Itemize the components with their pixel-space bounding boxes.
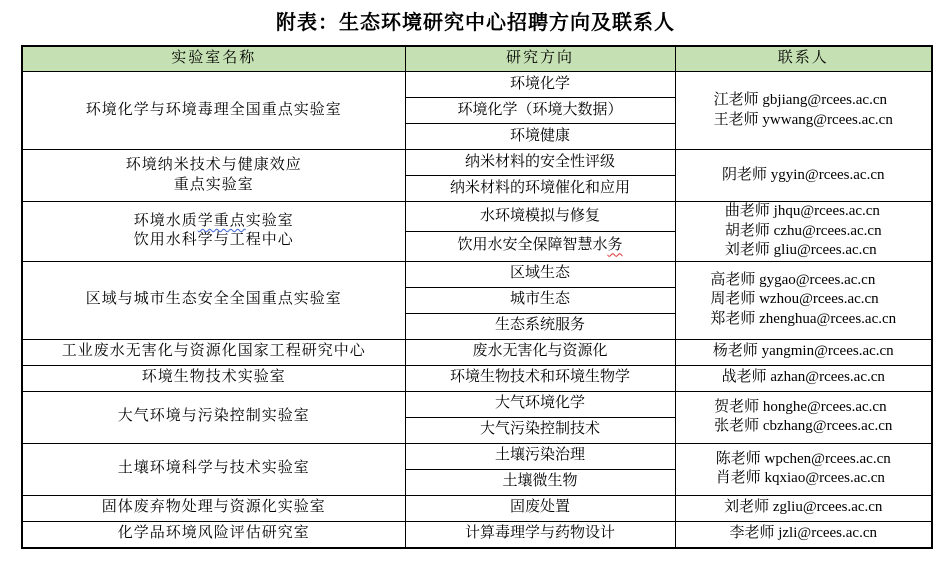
- lab-name-line: 区域与城市生态安全全国重点实验室: [25, 290, 403, 310]
- contact-cell: 李老师 jzli@rcees.ac.cn: [675, 521, 932, 548]
- contact-line: 陈老师 wpchen@rcees.ac.cn: [716, 450, 891, 470]
- contact-block: 阴老师 ygyin@rcees.ac.cn: [722, 166, 885, 186]
- contact-block: 杨老师 yangmin@rcees.ac.cn: [713, 342, 894, 362]
- lab-name-line: 工业废水无害化与资源化国家工程研究中心: [25, 342, 403, 362]
- contact-cell: 战老师 azhan@rcees.ac.cn: [675, 365, 932, 391]
- contact-line: 胡老师 czhu@rcees.ac.cn: [725, 222, 882, 242]
- lab-cell: 化学品环境风险评估研究室: [22, 521, 405, 548]
- contact-line: 战老师 azhan@rcees.ac.cn: [722, 368, 885, 388]
- lab-cell: 环境化学与环境毒理全国重点实验室: [22, 72, 405, 150]
- lab-cell: 环境生物技术实验室: [22, 365, 405, 391]
- column-header-direction: 研究方向: [405, 46, 675, 72]
- contact-cell: 陈老师 wpchen@rcees.ac.cn肖老师 kqxiao@rcees.a…: [675, 443, 932, 495]
- contact-cell: 杨老师 yangmin@rcees.ac.cn: [675, 339, 932, 365]
- lab-name-line: 土壤环境科学与技术实验室: [25, 459, 403, 479]
- spellcheck-blue-underline: 学重点: [198, 213, 246, 229]
- table-body: 环境化学与环境毒理全国重点实验室环境化学江老师 gbjiang@rcees.ac…: [22, 72, 932, 548]
- contact-line: 曲老师 jhqu@rcees.ac.cn: [725, 202, 882, 222]
- lab-name-line: 固体废弃物处理与资源化实验室: [25, 498, 403, 518]
- contact-block: 战老师 azhan@rcees.ac.cn: [722, 368, 885, 388]
- table-row: 固体废弃物处理与资源化实验室固废处置刘老师 zgliu@rcees.ac.cn: [22, 495, 932, 521]
- lab-cell: 工业废水无害化与资源化国家工程研究中心: [22, 339, 405, 365]
- table-row: 环境化学与环境毒理全国重点实验室环境化学江老师 gbjiang@rcees.ac…: [22, 72, 932, 98]
- contact-line: 李老师 jzli@rcees.ac.cn: [729, 524, 877, 544]
- direction-cell: 环境化学: [405, 72, 675, 98]
- contact-line: 周老师 wzhou@rcees.ac.cn: [710, 290, 896, 310]
- contact-cell: 江老师 gbjiang@rcees.ac.cn王老师 ywwang@rcees.…: [675, 72, 932, 150]
- direction-cell: 纳米材料的安全性评级: [405, 150, 675, 176]
- table-row: 大气环境与污染控制实验室大气环境化学贺老师 honghe@rcees.ac.cn…: [22, 391, 932, 417]
- direction-cell: 饮用水安全保障智慧水务: [405, 231, 675, 261]
- direction-cell: 水环境模拟与修复: [405, 202, 675, 232]
- lab-name-line: 化学品环境风险评估研究室: [25, 524, 403, 544]
- column-header-contact: 联系人: [675, 46, 932, 72]
- table-row: 土壤环境科学与技术实验室土壤污染治理陈老师 wpchen@rcees.ac.cn…: [22, 443, 932, 469]
- lab-name-line: 环境生物技术实验室: [25, 368, 403, 388]
- lab-name-line: 环境化学与环境毒理全国重点实验室: [25, 101, 403, 121]
- contact-line: 贺老师 honghe@rcees.ac.cn: [714, 398, 892, 418]
- contact-line: 郑老师 zhenghua@rcees.ac.cn: [710, 310, 896, 330]
- header-row: 实验室名称 研究方向 联系人: [22, 46, 932, 72]
- lab-name-line: 环境水质学重点实验室: [25, 212, 403, 232]
- lab-name-line: 大气环境与污染控制实验室: [25, 407, 403, 427]
- contact-line: 张老师 cbzhang@rcees.ac.cn: [714, 417, 892, 437]
- contact-line: 阴老师 ygyin@rcees.ac.cn: [722, 166, 885, 186]
- contact-block: 陈老师 wpchen@rcees.ac.cn肖老师 kqxiao@rcees.a…: [716, 450, 891, 489]
- contact-line: 杨老师 yangmin@rcees.ac.cn: [713, 342, 894, 362]
- direction-cell: 土壤污染治理: [405, 443, 675, 469]
- contact-cell: 曲老师 jhqu@rcees.ac.cn胡老师 czhu@rcees.ac.cn…: [675, 202, 932, 262]
- contact-cell: 贺老师 honghe@rcees.ac.cn张老师 cbzhang@rcees.…: [675, 391, 932, 443]
- lab-cell: 环境纳米技术与健康效应重点实验室: [22, 150, 405, 202]
- direction-cell: 环境生物技术和环境生物学: [405, 365, 675, 391]
- lab-name-line: 环境纳米技术与健康效应: [25, 156, 403, 176]
- contact-block: 贺老师 honghe@rcees.ac.cn张老师 cbzhang@rcees.…: [714, 398, 892, 437]
- recruitment-table: 实验室名称 研究方向 联系人 环境化学与环境毒理全国重点实验室环境化学江老师 g…: [21, 45, 933, 549]
- table-row: 工业废水无害化与资源化国家工程研究中心废水无害化与资源化杨老师 yangmin@…: [22, 339, 932, 365]
- lab-cell: 环境水质学重点实验室饮用水科学与工程中心: [22, 202, 405, 262]
- table-row: 化学品环境风险评估研究室计算毒理学与药物设计李老师 jzli@rcees.ac.…: [22, 521, 932, 548]
- direction-cell: 环境健康: [405, 124, 675, 150]
- lab-cell: 固体废弃物处理与资源化实验室: [22, 495, 405, 521]
- direction-cell: 土壤微生物: [405, 469, 675, 495]
- table-row: 环境水质学重点实验室饮用水科学与工程中心水环境模拟与修复曲老师 jhqu@rce…: [22, 202, 932, 232]
- contact-line: 刘老师 gliu@rcees.ac.cn: [725, 241, 882, 261]
- direction-cell: 大气污染控制技术: [405, 417, 675, 443]
- table-row: 环境纳米技术与健康效应重点实验室纳米材料的安全性评级阴老师 ygyin@rcee…: [22, 150, 932, 176]
- contact-line: 江老师 gbjiang@rcees.ac.cn: [714, 91, 893, 111]
- direction-cell: 废水无害化与资源化: [405, 339, 675, 365]
- contact-line: 刘老师 zgliu@rcees.ac.cn: [724, 498, 882, 518]
- direction-cell: 生态系统服务: [405, 313, 675, 339]
- page-title: 附表：生态环境研究中心招聘方向及联系人: [0, 10, 951, 36]
- lab-cell: 大气环境与污染控制实验室: [22, 391, 405, 443]
- contact-block: 高老师 gygao@rcees.ac.cn周老师 wzhou@rcees.ac.…: [710, 271, 896, 330]
- contact-block: 李老师 jzli@rcees.ac.cn: [729, 524, 877, 544]
- contact-cell: 刘老师 zgliu@rcees.ac.cn: [675, 495, 932, 521]
- contact-line: 高老师 gygao@rcees.ac.cn: [710, 271, 896, 291]
- direction-cell: 城市生态: [405, 287, 675, 313]
- contact-block: 刘老师 zgliu@rcees.ac.cn: [724, 498, 882, 518]
- contact-line: 肖老师 kqxiao@rcees.ac.cn: [716, 469, 891, 489]
- direction-cell: 计算毒理学与药物设计: [405, 521, 675, 548]
- lab-cell: 土壤环境科学与技术实验室: [22, 443, 405, 495]
- contact-cell: 高老师 gygao@rcees.ac.cn周老师 wzhou@rcees.ac.…: [675, 261, 932, 339]
- direction-cell: 大气环境化学: [405, 391, 675, 417]
- contact-line: 王老师 ywwang@rcees.ac.cn: [714, 111, 893, 131]
- direction-cell: 区域生态: [405, 261, 675, 287]
- table-header: 实验室名称 研究方向 联系人: [22, 46, 932, 72]
- direction-cell: 环境化学（环境大数据）: [405, 98, 675, 124]
- contact-block: 江老师 gbjiang@rcees.ac.cn王老师 ywwang@rcees.…: [714, 91, 893, 130]
- contact-block: 曲老师 jhqu@rcees.ac.cn胡老师 czhu@rcees.ac.cn…: [725, 202, 882, 261]
- lab-name-line: 重点实验室: [25, 176, 403, 196]
- lab-cell: 区域与城市生态安全全国重点实验室: [22, 261, 405, 339]
- spellcheck-red-underline: 务: [608, 237, 623, 253]
- direction-cell: 纳米材料的环境催化和应用: [405, 176, 675, 202]
- column-header-lab: 实验室名称: [22, 46, 405, 72]
- lab-name-line: 饮用水科学与工程中心: [25, 231, 403, 251]
- direction-cell: 固废处置: [405, 495, 675, 521]
- table-row: 区域与城市生态安全全国重点实验室区域生态高老师 gygao@rcees.ac.c…: [22, 261, 932, 287]
- table-row: 环境生物技术实验室环境生物技术和环境生物学战老师 azhan@rcees.ac.…: [22, 365, 932, 391]
- contact-cell: 阴老师 ygyin@rcees.ac.cn: [675, 150, 932, 202]
